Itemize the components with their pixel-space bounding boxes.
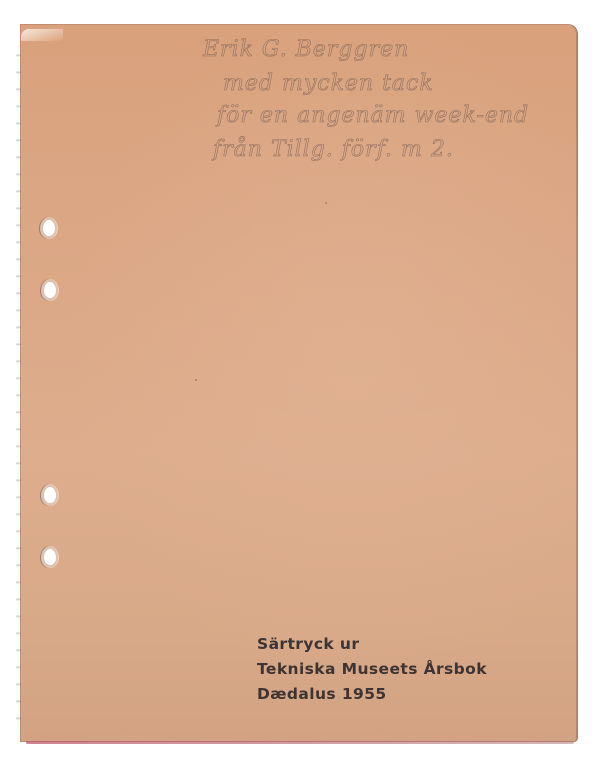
- paper-speck: [325, 202, 327, 204]
- punch-hole: [44, 549, 56, 565]
- dedication-line: för en angenäm week-end: [215, 103, 529, 128]
- dedication-line: med mycken tack: [223, 71, 434, 96]
- dedication-line: från Tillg. förf. m 2.: [211, 135, 454, 162]
- worn-left-edge: [16, 40, 21, 730]
- punch-hole: [44, 487, 56, 503]
- imprint-line-offprint: Särtryck ur: [257, 632, 487, 657]
- imprint-line-source: Tekniska Museets Årsbok: [257, 657, 487, 682]
- imprint-line-volume: Dædalus 1955: [257, 682, 487, 707]
- dedication-line: Erik G. Berggren: [202, 37, 409, 62]
- handwritten-dedication: Erik G. Berggren med mycken tack för en …: [195, 30, 575, 170]
- offprint-imprint: Särtryck ur Tekniska Museets Årsbok Dæda…: [257, 632, 487, 707]
- punch-hole: [44, 282, 56, 298]
- paper-speck: [195, 379, 197, 381]
- punch-hole: [43, 220, 55, 236]
